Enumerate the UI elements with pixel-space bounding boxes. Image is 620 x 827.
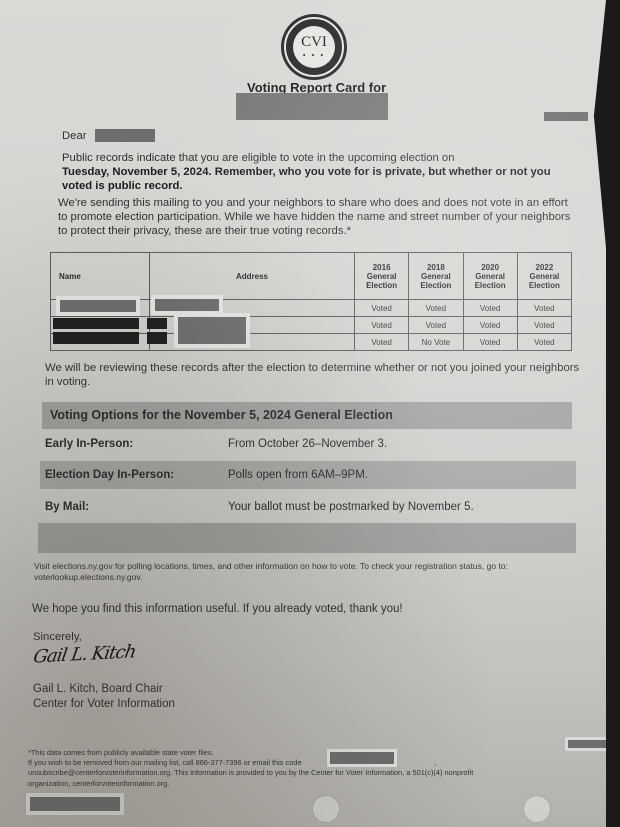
visit-info: Visit elections.ny.gov for polling locat… [34, 561, 574, 583]
redacted-neighbor-address [147, 332, 167, 344]
footnote-provider: unsubscribe@centerforvoterinformation.or… [28, 768, 473, 778]
cell-vote: Voted [355, 317, 409, 334]
col-header-2022: 2022 General Election [517, 253, 571, 300]
options-blank-band [38, 523, 576, 553]
col-header-address: Address [150, 253, 355, 300]
option-early-in-person: Early In-Person: From October 26–Novembe… [40, 430, 576, 458]
cell-vote: Voted [463, 334, 517, 351]
cell-vote: Voted [463, 300, 517, 317]
option-label: By Mail: [45, 493, 89, 521]
redacted-corner-mark [544, 112, 588, 121]
seal-ring [284, 17, 344, 77]
cell-vote: Voted [517, 317, 571, 334]
cell-vote: Voted [463, 317, 517, 334]
redacted-neighbor-name [60, 300, 136, 312]
option-label: Early In-Person: [45, 430, 133, 458]
redacted-corner-mark [568, 740, 612, 748]
intro-line: Public records indicate that you are eli… [62, 152, 455, 164]
option-value: From October 26–November 3. [228, 430, 387, 458]
footnote-comma: , [434, 758, 436, 768]
col-header-2016: 2016 General Election [355, 253, 409, 300]
redacted-neighbor-address [178, 317, 246, 344]
col-header-2020: 2020 General Election [463, 253, 517, 300]
option-value: Polls open from 6AM–9PM. [228, 461, 368, 489]
table-header-row: Name Address 2016 General Election 2018 … [51, 253, 572, 300]
option-by-mail: By Mail: Your ballot must be postmarked … [40, 493, 576, 521]
review-notice: We will be reviewing these records after… [45, 361, 580, 389]
redacted-mailing-address [30, 797, 120, 811]
option-value: Your ballot must be postmarked by Novemb… [228, 493, 474, 521]
signer-name-title: Gail L. Kitch, Board Chair [33, 682, 163, 696]
cell-vote: Voted [409, 300, 463, 317]
signature: Gail L. Kitch [32, 641, 137, 667]
paper-punch-mark [523, 795, 551, 823]
footnote-source: *This data comes from publicly available… [28, 748, 214, 758]
footnote-unsubscribe: If you wish to be removed from our maili… [28, 758, 302, 768]
voting-options-heading: Voting Options for the November 5, 2024 … [42, 402, 572, 429]
footnote-website: organization, centerforvoterinformation.… [28, 779, 169, 789]
cell-vote: No Vote [409, 334, 463, 351]
option-label: Election Day In-Person: [45, 461, 174, 489]
salutation: Dear [62, 129, 87, 143]
cell-vote: Voted [409, 317, 463, 334]
paper-punch-mark [312, 795, 340, 823]
redacted-neighbor-name [53, 318, 139, 329]
option-election-day: Election Day In-Person: Polls open from … [40, 461, 576, 489]
redacted-recipient-name [236, 93, 388, 120]
sincerely: Sincerely, [33, 630, 82, 644]
letter-page: CVI • • • Voting Report Card for Dear Pu… [0, 0, 606, 827]
cell-vote: Voted [355, 300, 409, 317]
redacted-neighbor-address [147, 318, 167, 329]
intro-bold: Tuesday, November 5, 2024. Remember, who… [62, 166, 551, 192]
cvi-seal-icon: CVI • • • [281, 14, 347, 80]
cell-vote: Voted [517, 334, 571, 351]
cell-vote: Voted [355, 334, 409, 351]
purpose-paragraph: We're sending this mailing to you and yo… [58, 196, 578, 238]
closing-line: We hope you find this information useful… [32, 602, 403, 616]
redacted-neighbor-address [155, 299, 219, 311]
col-header-name: Name [51, 253, 150, 300]
redacted-neighbor-name [53, 332, 139, 344]
redacted-unsubscribe-code [330, 752, 394, 764]
signer-organization: Center for Voter Information [33, 697, 175, 711]
cell-vote: Voted [517, 300, 571, 317]
redacted-greeting-name [95, 129, 155, 142]
intro-text: Public records indicate that you are eli… [62, 151, 562, 193]
col-header-2018: 2018 General Election [409, 253, 463, 300]
